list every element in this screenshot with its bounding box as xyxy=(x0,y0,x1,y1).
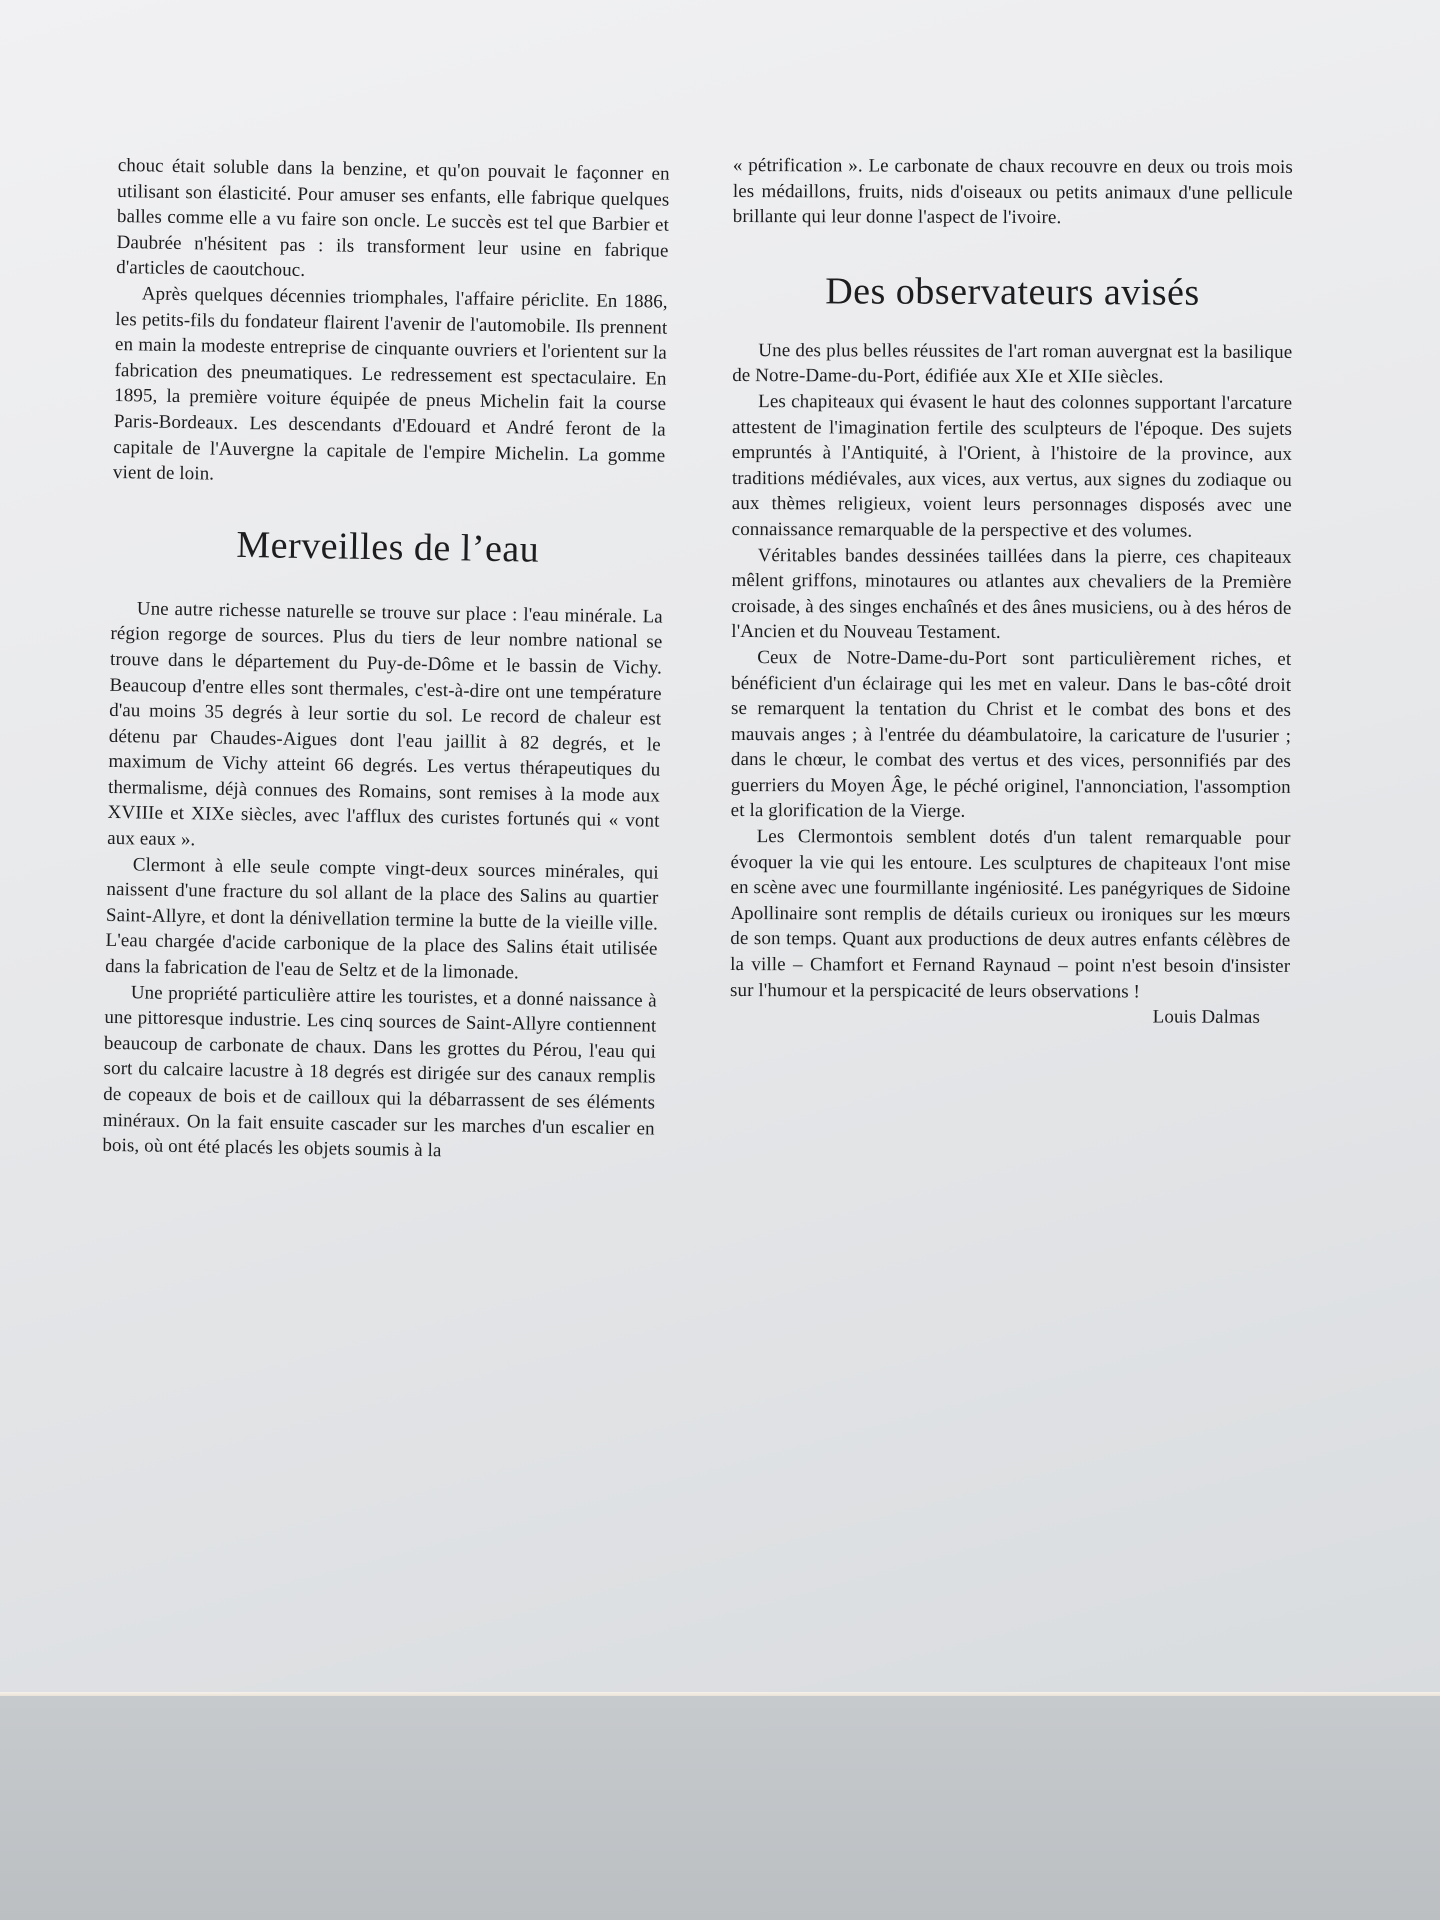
paragraph: Une autre richesse naturelle se trouve s… xyxy=(107,596,663,861)
paragraph: Les chapiteaux qui évasent le haut des c… xyxy=(732,389,1293,545)
author-signature: Louis Dalmas xyxy=(730,1003,1290,1031)
paragraph: Une des plus belles réussites de l'art r… xyxy=(732,338,1292,391)
paragraph: Une propriété particulière attire les to… xyxy=(102,980,657,1168)
right-column: « pétrification ». Le carbonate de chaux… xyxy=(730,153,1293,1031)
paragraph: « pétrification ». Le carbonate de chaux… xyxy=(733,153,1293,232)
left-column: chouc était soluble dans la benzine, et … xyxy=(102,153,670,1167)
paragraph: Après quelques décennies triomphales, l'… xyxy=(113,281,668,494)
section-heading-observateurs: Des observateurs avisés xyxy=(732,268,1292,316)
paragraph: Clermont à elle seule compte vingt-deux … xyxy=(105,852,659,989)
paragraph: Les Clermontois semblent dotés d'un tale… xyxy=(730,824,1291,1005)
book-page: chouc était soluble dans la benzine, et … xyxy=(0,0,1440,1692)
paragraph: Ceux de Notre-Dame-du-Port sont particul… xyxy=(731,645,1292,826)
underlying-page xyxy=(0,1696,1440,1920)
paragraph: Véritables bandes dessinées taillées dan… xyxy=(731,543,1291,647)
section-heading-merveilles: Merveilles de l’eau xyxy=(112,520,665,575)
paragraph: chouc était soluble dans la benzine, et … xyxy=(116,153,670,290)
